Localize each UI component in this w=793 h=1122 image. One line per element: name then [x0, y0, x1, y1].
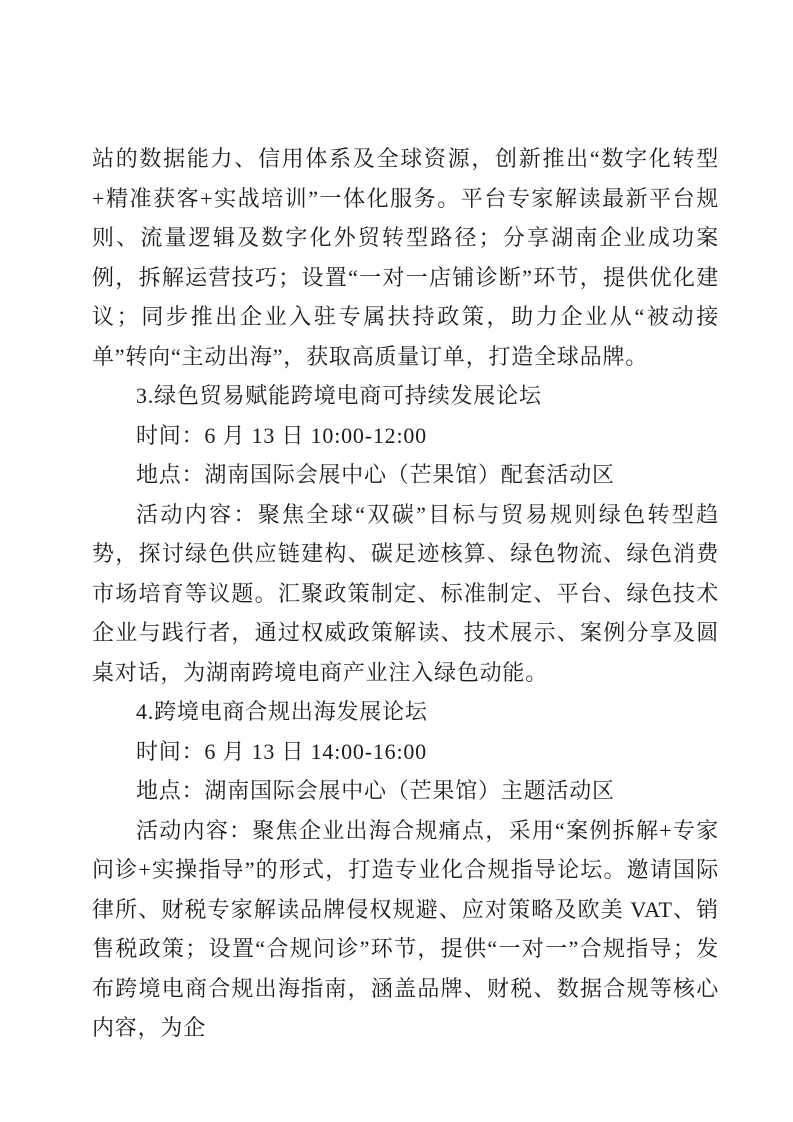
forum-3-content: 活动内容：聚焦全球“双碳”目标与贸易规则绿色转型趋势，探讨绿色供应链建构、碳足迹…	[92, 495, 719, 693]
document-body: 站的数据能力、信用体系及全球资源，创新推出“数字化转型+精准获客+实战培训”一体…	[92, 139, 719, 1048]
forum-3-location: 地点：湖南国际会展中心（芒果馆）配套活动区	[92, 455, 719, 495]
heading-forum-3: 3.绿色贸易赋能跨境电商可持续发展论坛	[92, 376, 719, 416]
document-page: 站的数据能力、信用体系及全球资源，创新推出“数字化转型+精准获客+实战培训”一体…	[0, 0, 793, 1122]
forum-4-location: 地点：湖南国际会展中心（芒果馆）主题活动区	[92, 771, 719, 811]
forum-4-time: 时间：6 月 13 日 14:00-16:00	[92, 732, 719, 772]
heading-forum-4: 4.跨境电商合规出海发展论坛	[92, 692, 719, 732]
forum-4-content: 活动内容：聚焦企业出海合规痛点，采用“案例拆解+专家问诊+实操指导”的形式，打造…	[92, 811, 719, 1048]
forum-3-time: 时间：6 月 13 日 10:00-12:00	[92, 416, 719, 456]
paragraph-platform-services-continued: 站的数据能力、信用体系及全球资源，创新推出“数字化转型+精准获客+实战培训”一体…	[92, 139, 719, 376]
